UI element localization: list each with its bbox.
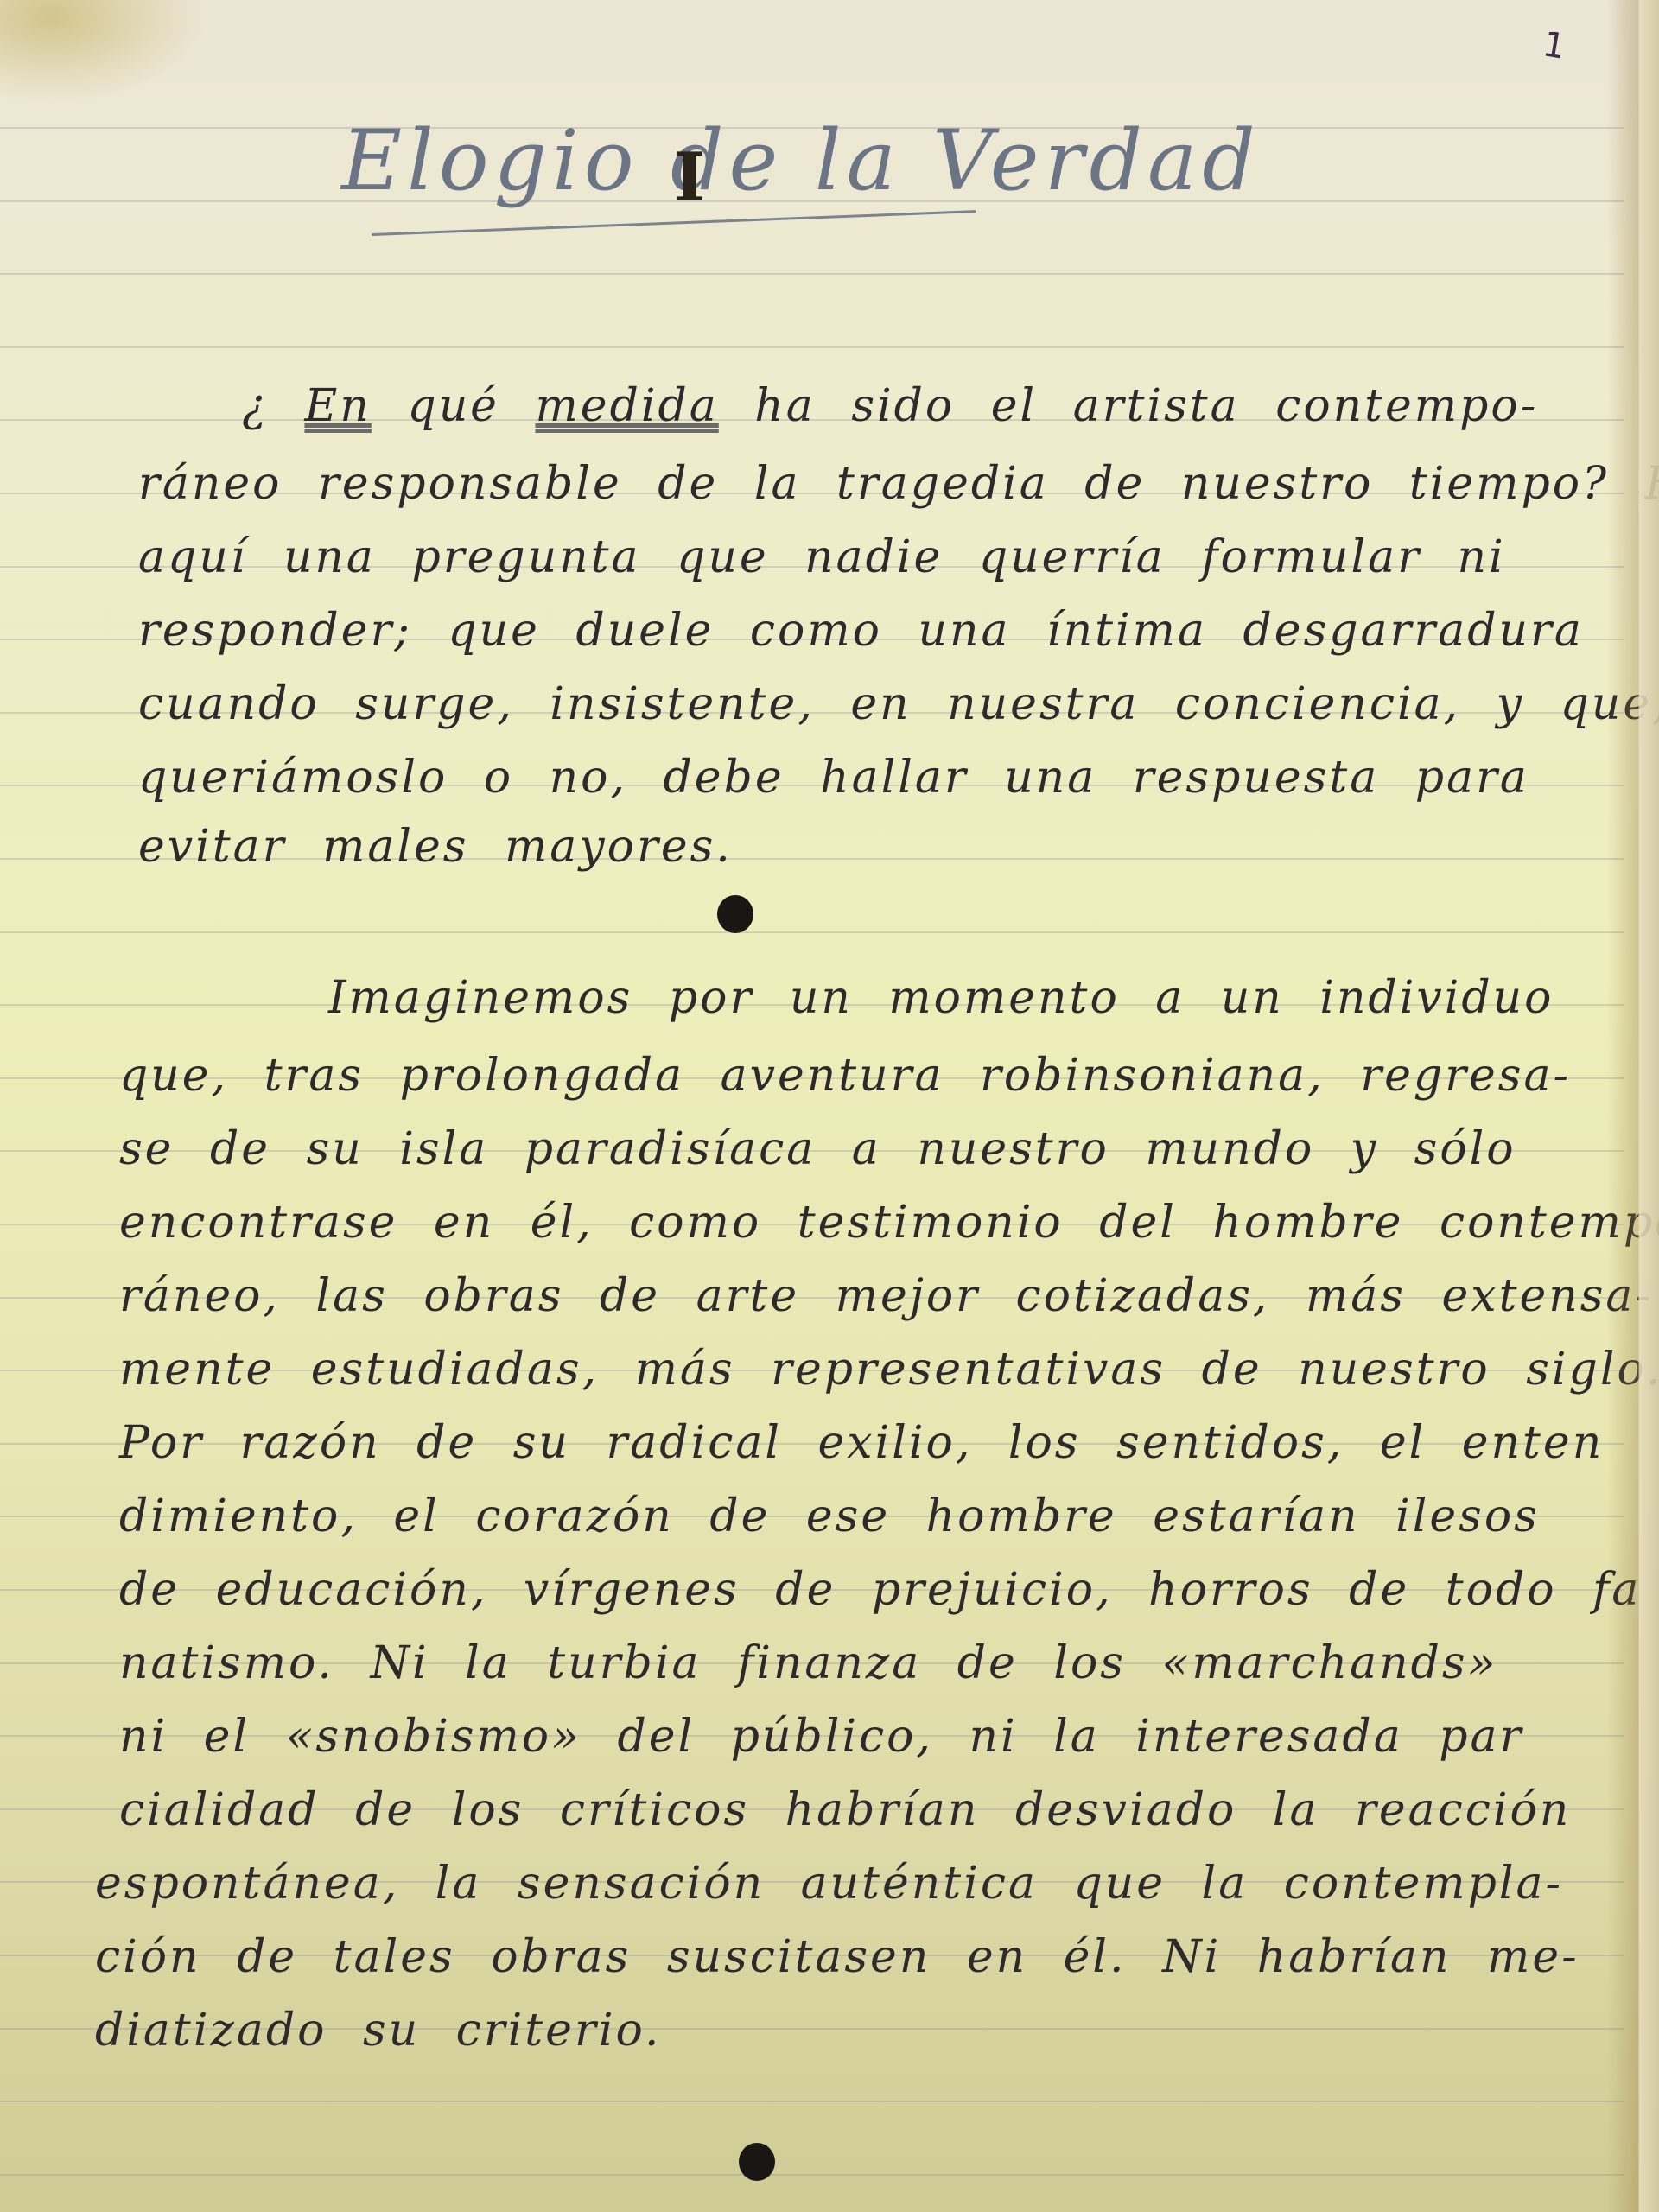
ruled-line bbox=[0, 346, 1624, 348]
section-break-dot bbox=[717, 895, 753, 933]
chapter-numeral: I bbox=[674, 138, 706, 217]
text-line: ¿ En qué medida ha sido el artista conte… bbox=[242, 380, 1538, 432]
text-line: encontrase en él, como testimonio del ho… bbox=[119, 1197, 1659, 1249]
text-line: que, tras prolongada aventura robinsonia… bbox=[119, 1050, 1571, 1102]
text-line: responder; que duele como una íntima des… bbox=[138, 605, 1584, 657]
text-line: ción de tales obras suscitasen en él. Ni… bbox=[95, 1931, 1580, 1983]
ruled-line bbox=[0, 273, 1624, 275]
page-number: 1 bbox=[1540, 24, 1568, 67]
text-line: cialidad de los críticos habrían desviad… bbox=[119, 1784, 1571, 1836]
section-break-dot bbox=[739, 2143, 775, 2181]
text-line: ráneo responsable de la tragedia de nues… bbox=[138, 458, 1659, 510]
text-line: dimiento, el corazón de ese hombre estar… bbox=[119, 1491, 1540, 1542]
text-line: espontánea, la sensación auténtica que l… bbox=[95, 1858, 1563, 1910]
underlined-word: En bbox=[304, 380, 371, 432]
text-line: Por razón de su radical exilio, los sent… bbox=[119, 1417, 1604, 1469]
text-line: Imaginemos por un momento a un individuo bbox=[328, 972, 1554, 1024]
text-line: se de su isla paradisíaca a nuestro mund… bbox=[119, 1123, 1516, 1175]
manuscript-page: 1 Elogio de la Verdad I ¿ En qué medida … bbox=[0, 0, 1659, 2212]
text-line: queriámoslo o no, debe hallar una respue… bbox=[138, 752, 1529, 804]
ruled-line bbox=[0, 931, 1624, 933]
ruled-line bbox=[0, 2174, 1624, 2176]
ruled-line bbox=[0, 2101, 1624, 2102]
text-line: diatizado su criterio. bbox=[95, 2005, 661, 2056]
text-line: de educación, vírgenes de prejuicio, hor… bbox=[119, 1564, 1641, 1616]
text-line: evitar males mayores. bbox=[138, 821, 733, 873]
text-line: mente estudiadas, más representativas de… bbox=[119, 1344, 1659, 1395]
text-line: cuando surge, insistente, en nuestra con… bbox=[138, 678, 1659, 730]
text-line: ni el «snobismo» del público, ni la inte… bbox=[119, 1711, 1523, 1763]
underlined-word: medida bbox=[535, 380, 718, 432]
text-line: ráneo, las obras de arte mejor cotizadas… bbox=[119, 1270, 1653, 1322]
page-title: Elogio de la Verdad bbox=[341, 112, 1261, 209]
text-line: natismo. Ni la turbia finanza de los «ma… bbox=[119, 1637, 1497, 1689]
text-line: aquí una pregunta que nadie querría form… bbox=[138, 531, 1506, 583]
